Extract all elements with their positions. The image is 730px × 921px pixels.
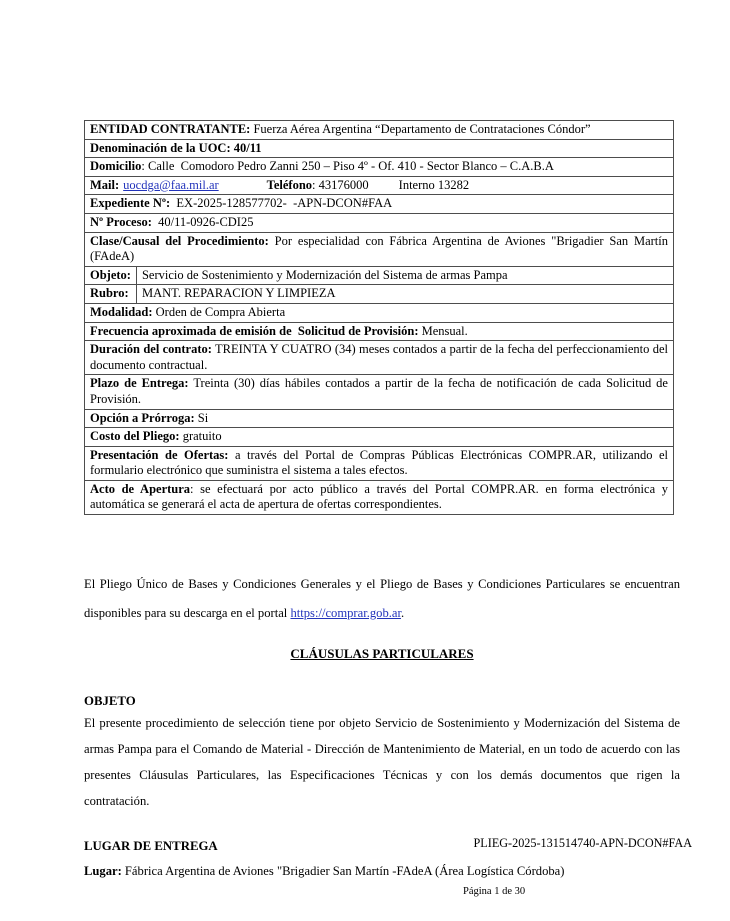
presentacion-label: Presentación de Ofertas: bbox=[90, 448, 228, 462]
comprar-portal-link[interactable]: https://comprar.gob.ar bbox=[290, 606, 401, 620]
row-clase: Clase/Causal del Procedimiento: Por espe… bbox=[85, 232, 674, 266]
objeto-section-heading: OBJETO bbox=[84, 694, 136, 709]
prorroga-label: Opción a Prórroga: bbox=[90, 411, 195, 425]
pliego-availability-paragraph: El Pliego Único de Bases y Condiciones G… bbox=[84, 570, 680, 628]
clausulas-particulares-heading: CLÁUSULAS PARTICULARES bbox=[84, 646, 680, 662]
frecuencia-value: Mensual. bbox=[418, 324, 467, 338]
entidad-value: Fuerza Aérea Argentina “Departamento de … bbox=[250, 122, 590, 136]
modalidad-label: Modalidad: bbox=[90, 305, 153, 319]
page-number: Página 1 de 30 bbox=[463, 886, 525, 897]
row-duracion: Duración del contrato: TREINTA Y CUATRO … bbox=[85, 341, 674, 375]
expediente-value: EX-2025-128577702- -APN-DCON#FAA bbox=[170, 196, 392, 210]
row-expediente: Expediente Nº: EX-2025-128577702- -APN-D… bbox=[85, 195, 674, 214]
row-frecuencia: Frecuencia aproximada de emisión de Soli… bbox=[85, 322, 674, 341]
costo-pliego-value: gratuito bbox=[180, 429, 222, 443]
plazo-label: Plazo de Entrega: bbox=[90, 376, 189, 390]
prorroga-value: Si bbox=[195, 411, 209, 425]
document-page: ENTIDAD CONTRATANTE: Fuerza Aérea Argent… bbox=[0, 0, 730, 921]
entidad-label: ENTIDAD CONTRATANTE: bbox=[90, 122, 250, 136]
row-modalidad: Modalidad: Orden de Compra Abierta bbox=[85, 303, 674, 322]
mail-address-link[interactable]: uocdga@faa.mil.ar bbox=[123, 178, 219, 192]
row-mail: Mail:uocdga@faa.mil.arTeléfono: 43176000… bbox=[85, 176, 674, 195]
telefono-label: Teléfono bbox=[267, 178, 312, 192]
rubro-value: MANT. REPARACION Y LIMPIEZA bbox=[142, 286, 336, 300]
expediente-label: Expediente Nº: bbox=[90, 196, 170, 210]
duracion-label: Duración del contrato: bbox=[90, 342, 212, 356]
row-apertura: Acto de Apertura: se efectuará por acto … bbox=[85, 480, 674, 514]
rubro-label: Rubro: bbox=[90, 286, 129, 300]
row-rubro: Rubro: MANT. REPARACION Y LIMPIEZA bbox=[85, 285, 674, 304]
objeto-label: Objeto: bbox=[90, 268, 131, 282]
interno-value: Interno 13282 bbox=[399, 178, 469, 192]
frecuencia-label: Frecuencia aproximada de emisión de Soli… bbox=[90, 324, 418, 338]
denominacion-label: Denominación de la UOC: 40/11 bbox=[90, 141, 262, 155]
plieg-reference-code: PLIEG-2025-131514740-APN-DCON#FAA bbox=[474, 836, 692, 851]
clase-label: Clase/Causal del Procedimiento: bbox=[90, 234, 269, 248]
row-plazo: Plazo de Entrega: Treinta (30) días hábi… bbox=[85, 375, 674, 409]
pliego-paragraph-period: . bbox=[401, 606, 404, 620]
apertura-label: Acto de Apertura bbox=[90, 482, 190, 496]
lugar-line: Lugar: Fábrica Argentina de Aviones "Bri… bbox=[84, 864, 680, 879]
domicilio-value: : Calle Comodoro Pedro Zanni 250 – Piso … bbox=[141, 159, 554, 173]
lugar-label: Lugar: bbox=[84, 864, 122, 878]
domicilio-label: Domicilio bbox=[90, 159, 141, 173]
row-domicilio: Domicilio: Calle Comodoro Pedro Zanni 25… bbox=[85, 158, 674, 177]
lugar-value: Fábrica Argentina de Aviones "Brigadier … bbox=[122, 864, 565, 878]
telefono-value: : 43176000 bbox=[312, 178, 369, 192]
modalidad-value: Orden de Compra Abierta bbox=[153, 305, 286, 319]
row-prorroga: Opción a Prórroga: Si bbox=[85, 409, 674, 428]
row-costo-pliego: Costo del Pliego: gratuito bbox=[85, 428, 674, 447]
row-denominacion: Denominación de la UOC: 40/11 bbox=[85, 139, 674, 158]
proceso-label: Nº Proceso: bbox=[90, 215, 152, 229]
mail-label: Mail: bbox=[90, 178, 119, 192]
row-proceso: Nº Proceso: 40/11-0926-CDI25 bbox=[85, 213, 674, 232]
contract-info-table: ENTIDAD CONTRATANTE: Fuerza Aérea Argent… bbox=[84, 120, 674, 515]
row-entidad: ENTIDAD CONTRATANTE: Fuerza Aérea Argent… bbox=[85, 121, 674, 140]
row-objeto: Objeto: Servicio de Sostenimiento y Mode… bbox=[85, 266, 674, 285]
costo-pliego-label: Costo del Pliego: bbox=[90, 429, 180, 443]
objeto-section-paragraph: El presente procedimiento de selección t… bbox=[84, 710, 680, 814]
objeto-value: Servicio de Sostenimiento y Modernizació… bbox=[142, 268, 508, 282]
lugar-de-entrega-heading: LUGAR DE ENTREGA bbox=[84, 839, 218, 854]
row-presentacion: Presentación de Ofertas: a través del Po… bbox=[85, 446, 674, 480]
proceso-value: 40/11-0926-CDI25 bbox=[152, 215, 254, 229]
